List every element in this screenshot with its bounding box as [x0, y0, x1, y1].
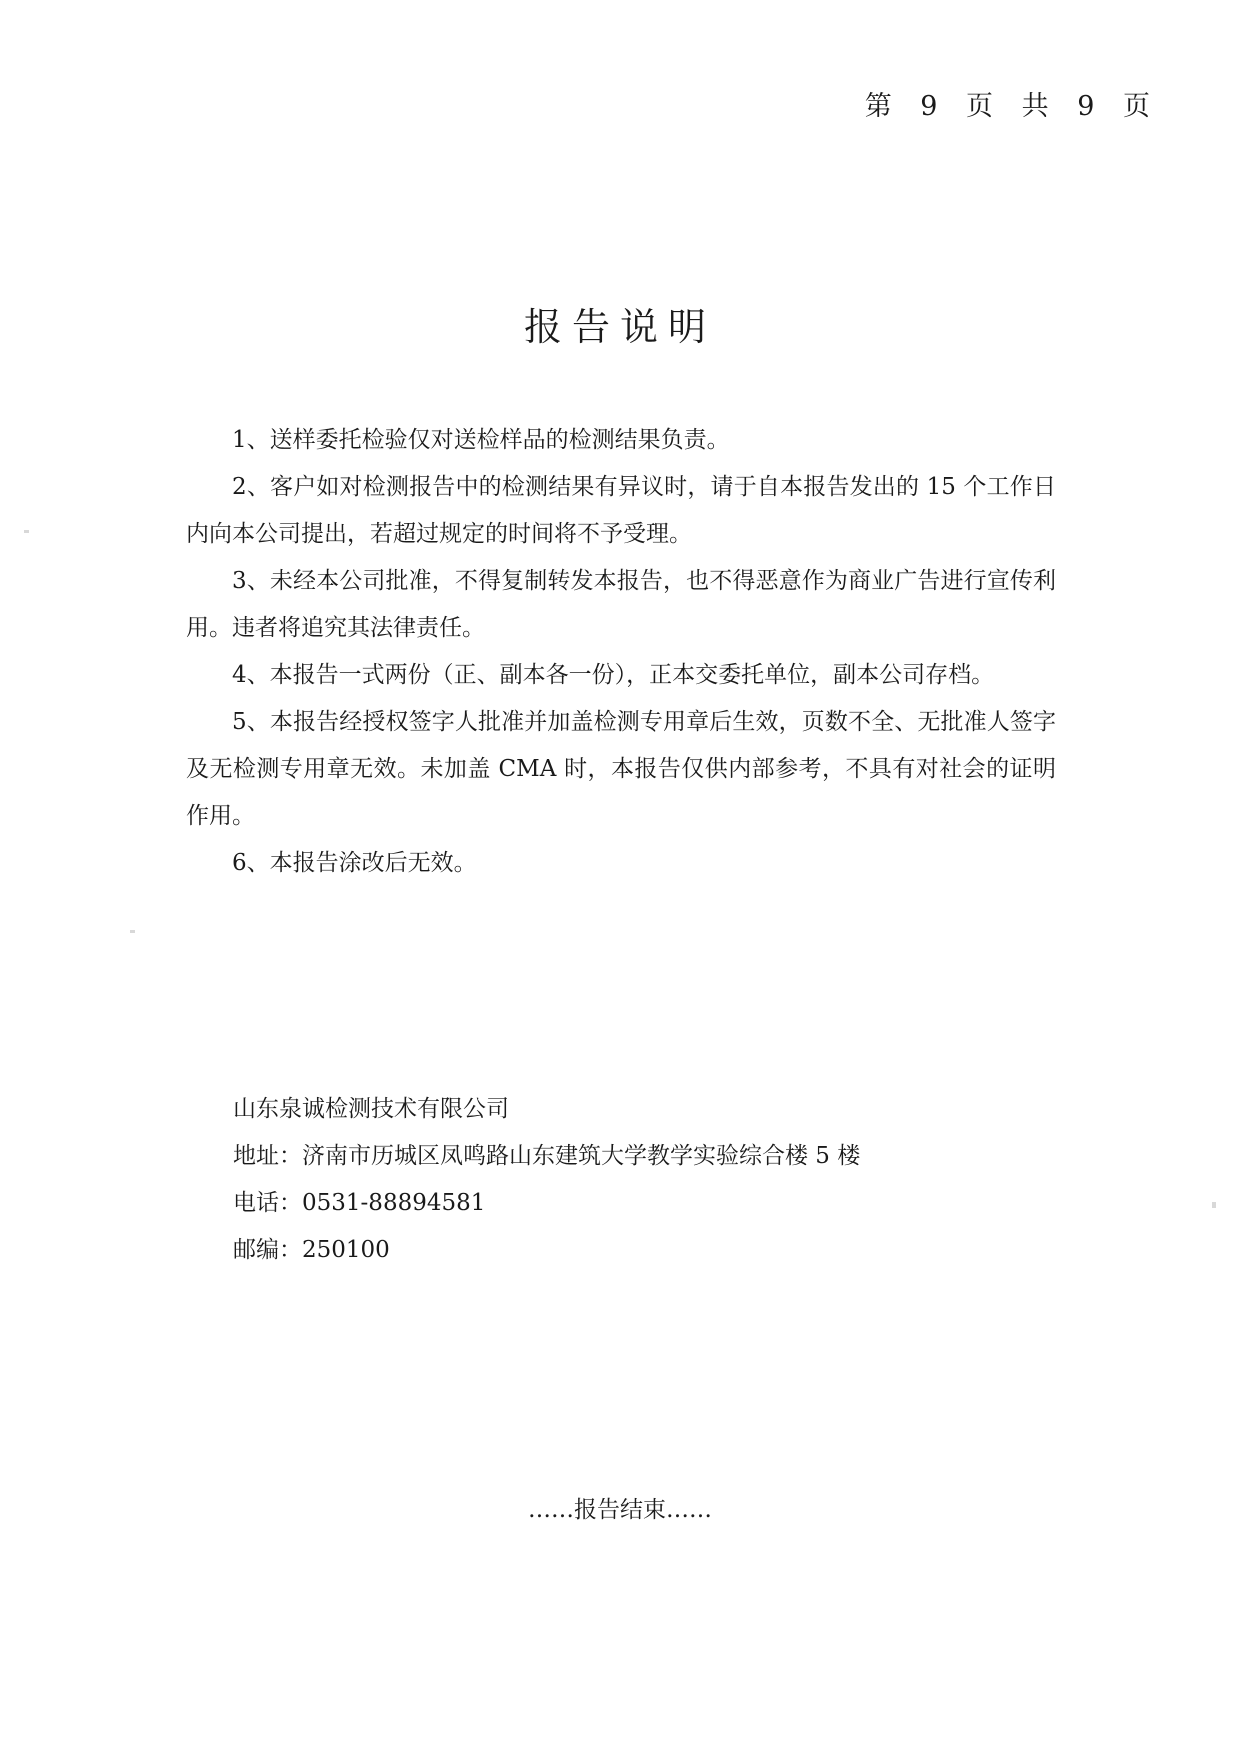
company-name: 山东泉诚检测技术有限公司 — [233, 1086, 860, 1133]
company-address: 地址：济南市历城区凤鸣路山东建筑大学教学实验综合楼 5 楼 — [233, 1133, 860, 1180]
scan-speck — [130, 930, 135, 933]
note-item-5: 5、本报告经授权签字人批准并加盖检测专用章后生效，页数不全、无批准人签字及无检测… — [186, 699, 1056, 840]
scan-speck — [24, 530, 29, 533]
page-number: 第 9 页 共 9 页 — [865, 84, 1160, 123]
page-title: 报告说明 — [0, 296, 1240, 351]
scan-speck — [1212, 1202, 1216, 1208]
note-item-2: 2、客户如对检测报告中的检测结果有异议时，请于自本报告发出的 15 个工作日内向… — [186, 464, 1056, 558]
note-item-6: 6、本报告涂改后无效。 — [186, 840, 1056, 887]
note-item-1: 1、送样委托检验仅对送检样品的检测结果负责。 — [186, 417, 1056, 464]
note-item-4: 4、本报告一式两份（正、副本各一份），正本交委托单位，副本公司存档。 — [186, 652, 1056, 699]
report-notes: 1、送样委托检验仅对送检样品的检测结果负责。 2、客户如对检测报告中的检测结果有… — [186, 417, 1056, 887]
note-item-3: 3、未经本公司批准，不得复制转发本报告，也不得恶意作为商业广告进行宣传利用。违者… — [186, 558, 1056, 652]
company-postcode: 邮编：250100 — [233, 1227, 860, 1274]
company-phone: 电话：0531-88894581 — [233, 1180, 860, 1227]
company-info: 山东泉诚检测技术有限公司 地址：济南市历城区凤鸣路山东建筑大学教学实验综合楼 5… — [233, 1086, 860, 1274]
report-end-marker: ……报告结束…… — [0, 1491, 1240, 1524]
